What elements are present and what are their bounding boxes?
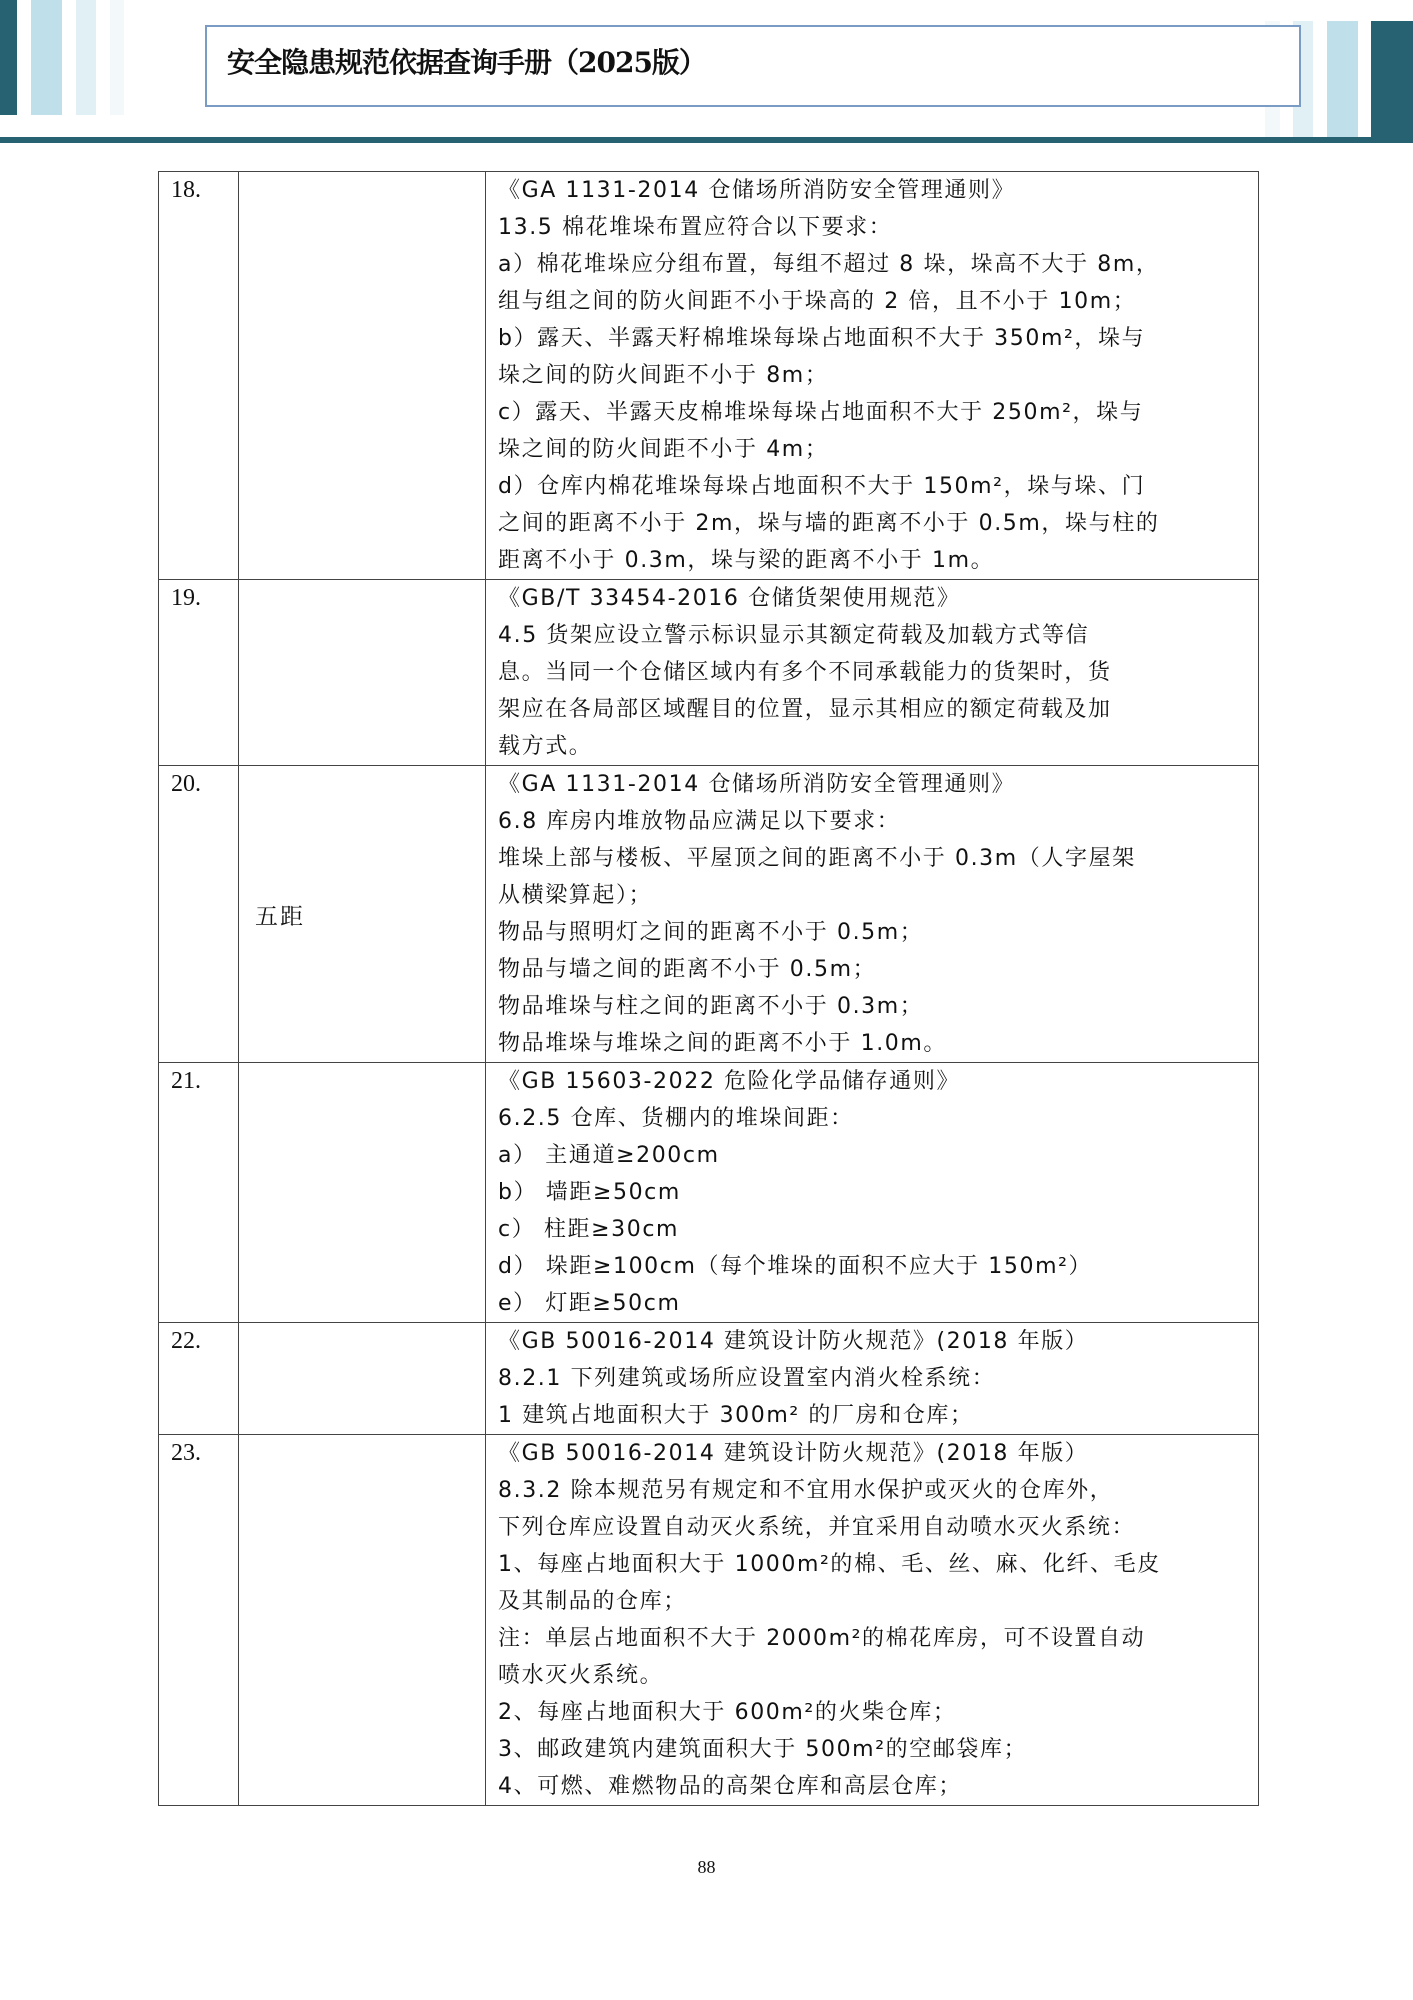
clause-line: b）露天、半露天籽棉堆垛每垛占地面积不大于 350m²，垛与 [498, 320, 1258, 357]
right-stripe-light [1327, 21, 1358, 138]
clause-line: 4、可燃、难燃物品的高架仓库和高层仓库； [498, 1768, 1258, 1805]
table-row: 23. 《GB 50016-2014 建筑设计防火规范》(2018 年版）8.3… [159, 1435, 1259, 1806]
clause-line: e） 灯距≥50cm [498, 1285, 1258, 1322]
row-category [239, 1063, 486, 1323]
table-row: 20. 五距 《GA 1131-2014 仓储场所消防安全管理通则》6.8 库房… [159, 766, 1259, 1063]
row-category [239, 1323, 486, 1435]
row-number: 21. [159, 1063, 239, 1323]
standard-reference: 《GA 1131-2014 仓储场所消防安全管理通则》 [498, 172, 1258, 209]
row-category [239, 1435, 486, 1806]
standard-reference: 《GB/T 33454-2016 仓储货架使用规范》 [498, 580, 1258, 617]
specification-table: 18. 《GA 1131-2014 仓储场所消防安全管理通则》13.5 棉花堆垛… [158, 171, 1259, 1806]
header-divider-bar [0, 137, 1413, 143]
clause-line: b） 墙距≥50cm [498, 1174, 1258, 1211]
clause-line: a）棉花堆垛应分组布置，每组不超过 8 垛，垛高不大于 8m， [498, 246, 1258, 283]
standard-reference: 《GB 15603-2022 危险化学品储存通则》 [498, 1063, 1258, 1100]
clause-line: 13.5 棉花堆垛布置应符合以下要求： [498, 209, 1258, 246]
standard-reference: 《GA 1131-2014 仓储场所消防安全管理通则》 [498, 766, 1258, 803]
clause-line: 8.2.1 下列建筑或场所应设置室内消火栓系统： [498, 1360, 1258, 1397]
table-row: 22. 《GB 50016-2014 建筑设计防火规范》(2018 年版）8.2… [159, 1323, 1259, 1435]
left-stripe-faint [110, 0, 124, 115]
clause-line: 从横梁算起）； [498, 877, 1258, 914]
clause-line: 6.8 库房内堆放物品应满足以下要求： [498, 803, 1258, 840]
clause-line: 及其制品的仓库； [498, 1583, 1258, 1620]
standard-reference: 《GB 50016-2014 建筑设计防火规范》(2018 年版） [498, 1435, 1258, 1472]
row-content: 《GB 50016-2014 建筑设计防火规范》(2018 年版）8.2.1 下… [486, 1323, 1259, 1435]
clause-line: c） 柱距≥30cm [498, 1211, 1258, 1248]
clause-line: 1、每座占地面积大于 1000m²的棉、毛、丝、麻、化纤、毛皮 [498, 1546, 1258, 1583]
row-category: 五距 [239, 766, 486, 1063]
clause-line: 垛之间的防火间距不小于 4m； [498, 431, 1258, 468]
clause-line: 载方式。 [498, 728, 1258, 765]
row-number: 20. [159, 766, 239, 1063]
clause-line: 架应在各局部区域醒目的位置，显示其相应的额定荷载及加 [498, 691, 1258, 728]
clause-line: c）露天、半露天皮棉堆垛每垛占地面积不大于 250m²，垛与 [498, 394, 1258, 431]
clause-line: d）仓库内棉花堆垛每垛占地面积不大于 150m²，垛与垛、门 [498, 468, 1258, 505]
standard-reference: 《GB 50016-2014 建筑设计防火规范》(2018 年版） [498, 1323, 1258, 1360]
clause-line: 喷水灭火系统。 [498, 1657, 1258, 1694]
page-number: 88 [0, 1857, 1413, 1878]
clause-line: 物品与墙之间的距离不小于 0.5m； [498, 951, 1258, 988]
category-label: 五距 [239, 898, 485, 931]
row-category [239, 580, 486, 766]
clause-line: d） 垛距≥100cm（每个堆垛的面积不应大于 150m²） [498, 1248, 1258, 1285]
row-number: 19. [159, 580, 239, 766]
row-content: 《GB 15603-2022 危险化学品储存通则》6.2.5 仓库、货棚内的堆垛… [486, 1063, 1259, 1323]
row-content: 《GA 1131-2014 仓储场所消防安全管理通则》6.8 库房内堆放物品应满… [486, 766, 1259, 1063]
table-row: 21. 《GB 15603-2022 危险化学品储存通则》6.2.5 仓库、货棚… [159, 1063, 1259, 1323]
clause-line: 1 建筑占地面积大于 300m² 的厂房和仓库； [498, 1397, 1258, 1434]
clause-line: 距离不小于 0.3m，垛与梁的距离不小于 1m。 [498, 542, 1258, 579]
clause-line: 组与组之间的防火间距不小于垛高的 2 倍，且不小于 10m； [498, 283, 1258, 320]
table-row: 19. 《GB/T 33454-2016 仓储货架使用规范》4.5 货架应设立警… [159, 580, 1259, 766]
clause-line: 2、每座占地面积大于 600m²的火柴仓库； [498, 1694, 1258, 1731]
document-title: 安全隐患规范依据查询手册（2025版） [227, 41, 706, 81]
clause-line: 4.5 货架应设立警示标识显示其额定荷载及加载方式等信 [498, 617, 1258, 654]
row-number: 22. [159, 1323, 239, 1435]
row-number: 18. [159, 172, 239, 580]
clause-line: a） 主通道≥200cm [498, 1137, 1258, 1174]
clause-line: 3、邮政建筑内建筑面积大于 500m²的空邮袋库； [498, 1731, 1258, 1768]
left-stripe-light [31, 0, 62, 115]
table-row: 18. 《GA 1131-2014 仓储场所消防安全管理通则》13.5 棉花堆垛… [159, 172, 1259, 580]
header-title-box: 安全隐患规范依据查询手册（2025版） [205, 25, 1301, 107]
clause-line: 之间的距离不小于 2m，垛与墙的距离不小于 0.5m，垛与柱的 [498, 505, 1258, 542]
row-number: 23. [159, 1435, 239, 1806]
clause-line: 6.2.5 仓库、货棚内的堆垛间距： [498, 1100, 1258, 1137]
clause-line: 垛之间的防火间距不小于 8m； [498, 357, 1258, 394]
clause-line: 8.3.2 除本规范另有规定和不宜用水保护或灭火的仓库外， [498, 1472, 1258, 1509]
row-content: 《GB 50016-2014 建筑设计防火规范》(2018 年版）8.3.2 除… [486, 1435, 1259, 1806]
left-stripe-dark [0, 0, 17, 115]
right-stripe-dark [1371, 21, 1413, 143]
clause-line: 息。当同一个仓储区域内有多个不同承载能力的货架时，货 [498, 654, 1258, 691]
clause-line: 物品堆垛与堆垛之间的距离不小于 1.0m。 [498, 1025, 1258, 1062]
clause-line: 物品与照明灯之间的距离不小于 0.5m； [498, 914, 1258, 951]
left-stripe-lighter [76, 0, 96, 115]
clause-line: 堆垛上部与楼板、平屋顶之间的距离不小于 0.3m（人字屋架 [498, 840, 1258, 877]
row-content: 《GA 1131-2014 仓储场所消防安全管理通则》13.5 棉花堆垛布置应符… [486, 172, 1259, 580]
clause-line: 注：单层占地面积不大于 2000m²的棉花库房，可不设置自动 [498, 1620, 1258, 1657]
clause-line: 物品堆垛与柱之间的距离不小于 0.3m； [498, 988, 1258, 1025]
row-content: 《GB/T 33454-2016 仓储货架使用规范》4.5 货架应设立警示标识显… [486, 580, 1259, 766]
clause-line: 下列仓库应设置自动灭火系统，并宜采用自动喷水灭火系统： [498, 1509, 1258, 1546]
row-category [239, 172, 486, 580]
